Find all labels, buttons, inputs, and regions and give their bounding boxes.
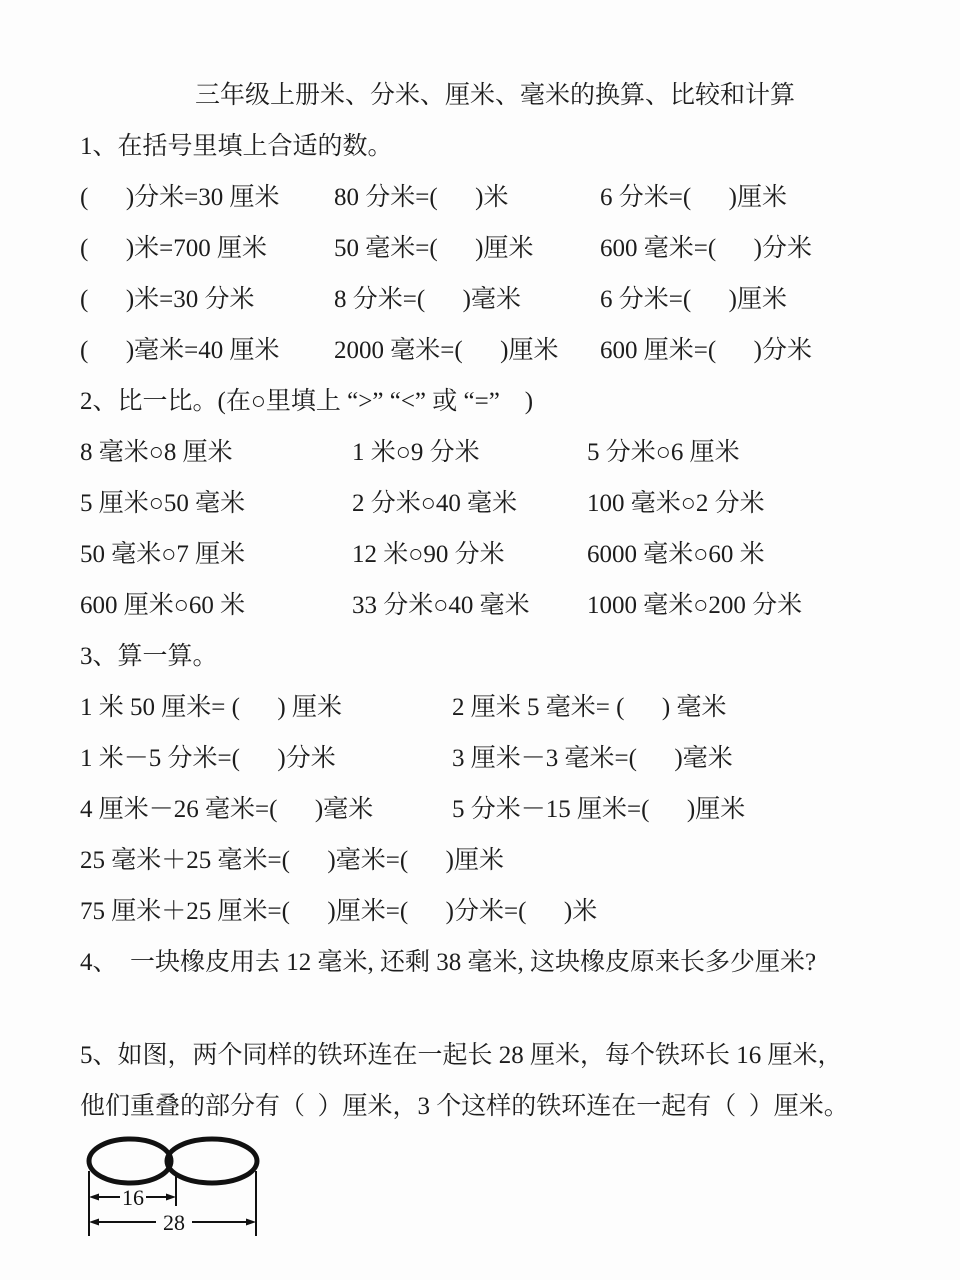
section3-row-3: 4 厘米－26 毫米=( )毫米 5 分米－15 厘米=( )厘米: [80, 784, 910, 835]
fill-blank-item: ( )米=30 分米: [80, 274, 334, 325]
calc-item: 1 米 50 厘米= ( ) 厘米: [80, 682, 452, 733]
arrow-right-icon: [246, 1219, 256, 1226]
fill-blank-item: 6 分米=( )厘米: [600, 172, 910, 223]
fill-blank-item: 8 分米=( )毫米: [334, 274, 600, 325]
worksheet-page: 三年级上册米、分米、厘米、毫米的换算、比较和计算 1、在括号里填上合适的数。 (…: [0, 0, 960, 1280]
section2-row-1: 8 毫米○8 厘米 1 米○9 分米 5 分米○6 厘米: [80, 427, 910, 478]
left-ring: [89, 1139, 171, 1183]
page-title: 三年级上册米、分米、厘米、毫米的换算、比较和计算: [80, 70, 910, 121]
fill-blank-item: ( )米=700 厘米: [80, 223, 334, 274]
section1-row-1: ( )分米=30 厘米 80 分米=( )米 6 分米=( )厘米: [80, 172, 910, 223]
section3-row-2: 1 米－5 分米=( )分米 3 厘米－3 毫米=( )毫米: [80, 733, 910, 784]
fill-blank-item: ( )分米=30 厘米: [80, 172, 334, 223]
rings-diagram: 16 28: [84, 1132, 284, 1250]
fill-blank-item: 2000 毫米=( )厘米: [334, 325, 600, 376]
calc-item: 2 厘米 5 毫米= ( ) 毫米: [452, 682, 910, 733]
rings-diagram-container: 16 28: [84, 1132, 910, 1250]
compare-item: 6000 毫米○60 米: [587, 529, 910, 580]
right-ring: [167, 1139, 257, 1183]
section2-row-4: 600 厘米○60 米 33 分米○40 毫米 1000 毫米○200 分米: [80, 580, 910, 631]
compare-item: 8 毫米○8 厘米: [80, 427, 352, 478]
fill-blank-item: 50 毫米=( )厘米: [334, 223, 600, 274]
section1-row-3: ( )米=30 分米 8 分米=( )毫米 6 分米=( )厘米: [80, 274, 910, 325]
section3-row-4: 25 毫米＋25 毫米=( )毫米=( )厘米: [80, 835, 910, 886]
section-gap: [80, 988, 910, 1030]
compare-item: 100 毫米○2 分米: [587, 478, 910, 529]
compare-item: 5 厘米○50 毫米: [80, 478, 352, 529]
section2-heading: 2、比一比。(在○里填上 “>” “<” 或 “=” ): [80, 376, 910, 427]
compare-item: 1 米○9 分米: [352, 427, 587, 478]
fill-blank-item: 80 分米=( )米: [334, 172, 600, 223]
compare-item: 2 分米○40 毫米: [352, 478, 587, 529]
fill-blank-item: 6 分米=( )厘米: [600, 274, 910, 325]
section1-row-2: ( )米=700 厘米 50 毫米=( )厘米 600 毫米=( )分米: [80, 223, 910, 274]
section2-row-2: 5 厘米○50 毫米 2 分米○40 毫米 100 毫米○2 分米: [80, 478, 910, 529]
calc-item: 4 厘米－26 毫米=( )毫米: [80, 784, 452, 835]
section2-row-3: 50 毫米○7 厘米 12 米○90 分米 6000 毫米○60 米: [80, 529, 910, 580]
compare-item: 33 分米○40 毫米: [352, 580, 587, 631]
section3-heading: 3、算一算。: [80, 631, 910, 682]
compare-item: 5 分米○6 厘米: [587, 427, 910, 478]
section3-row-5: 75 厘米＋25 厘米=( )厘米=( )分米=( )米: [80, 886, 910, 937]
calc-item: 5 分米－15 厘米=( )厘米: [452, 784, 910, 835]
total-length-label: 28: [163, 1210, 185, 1235]
section4-problem: 4、 一块橡皮用去 12 毫米, 还剩 38 毫米, 这块橡皮原来长多少厘米?: [80, 937, 910, 988]
section1-heading: 1、在括号里填上合适的数。: [80, 121, 910, 172]
calc-item: 1 米－5 分米=( )分米: [80, 733, 452, 784]
fill-blank-item: 600 厘米=( )分米: [600, 325, 910, 376]
fill-blank-item: 600 毫米=( )分米: [600, 223, 910, 274]
compare-item: 50 毫米○7 厘米: [80, 529, 352, 580]
section5-problem-line1: 5、如图，两个同样的铁环连在一起长 28 厘米，每个铁环长 16 厘米，: [80, 1030, 910, 1081]
calc-item: 3 厘米－3 毫米=( )毫米: [452, 733, 910, 784]
fill-blank-item: ( )毫米=40 厘米: [80, 325, 334, 376]
section3-row-1: 1 米 50 厘米= ( ) 厘米 2 厘米 5 毫米= ( ) 毫米: [80, 682, 910, 733]
ring-length-label: 16: [122, 1185, 144, 1210]
compare-item: 1000 毫米○200 分米: [587, 580, 910, 631]
section1-row-4: ( )毫米=40 厘米 2000 毫米=( )厘米 600 厘米=( )分米: [80, 325, 910, 376]
section5-problem-line2: 他们重叠的部分有（ ）厘米，3 个这样的铁环连在一起有（ ）厘米。: [80, 1081, 910, 1132]
compare-item: 12 米○90 分米: [352, 529, 587, 580]
compare-item: 600 厘米○60 米: [80, 580, 352, 631]
arrow-right-icon: [166, 1194, 176, 1201]
